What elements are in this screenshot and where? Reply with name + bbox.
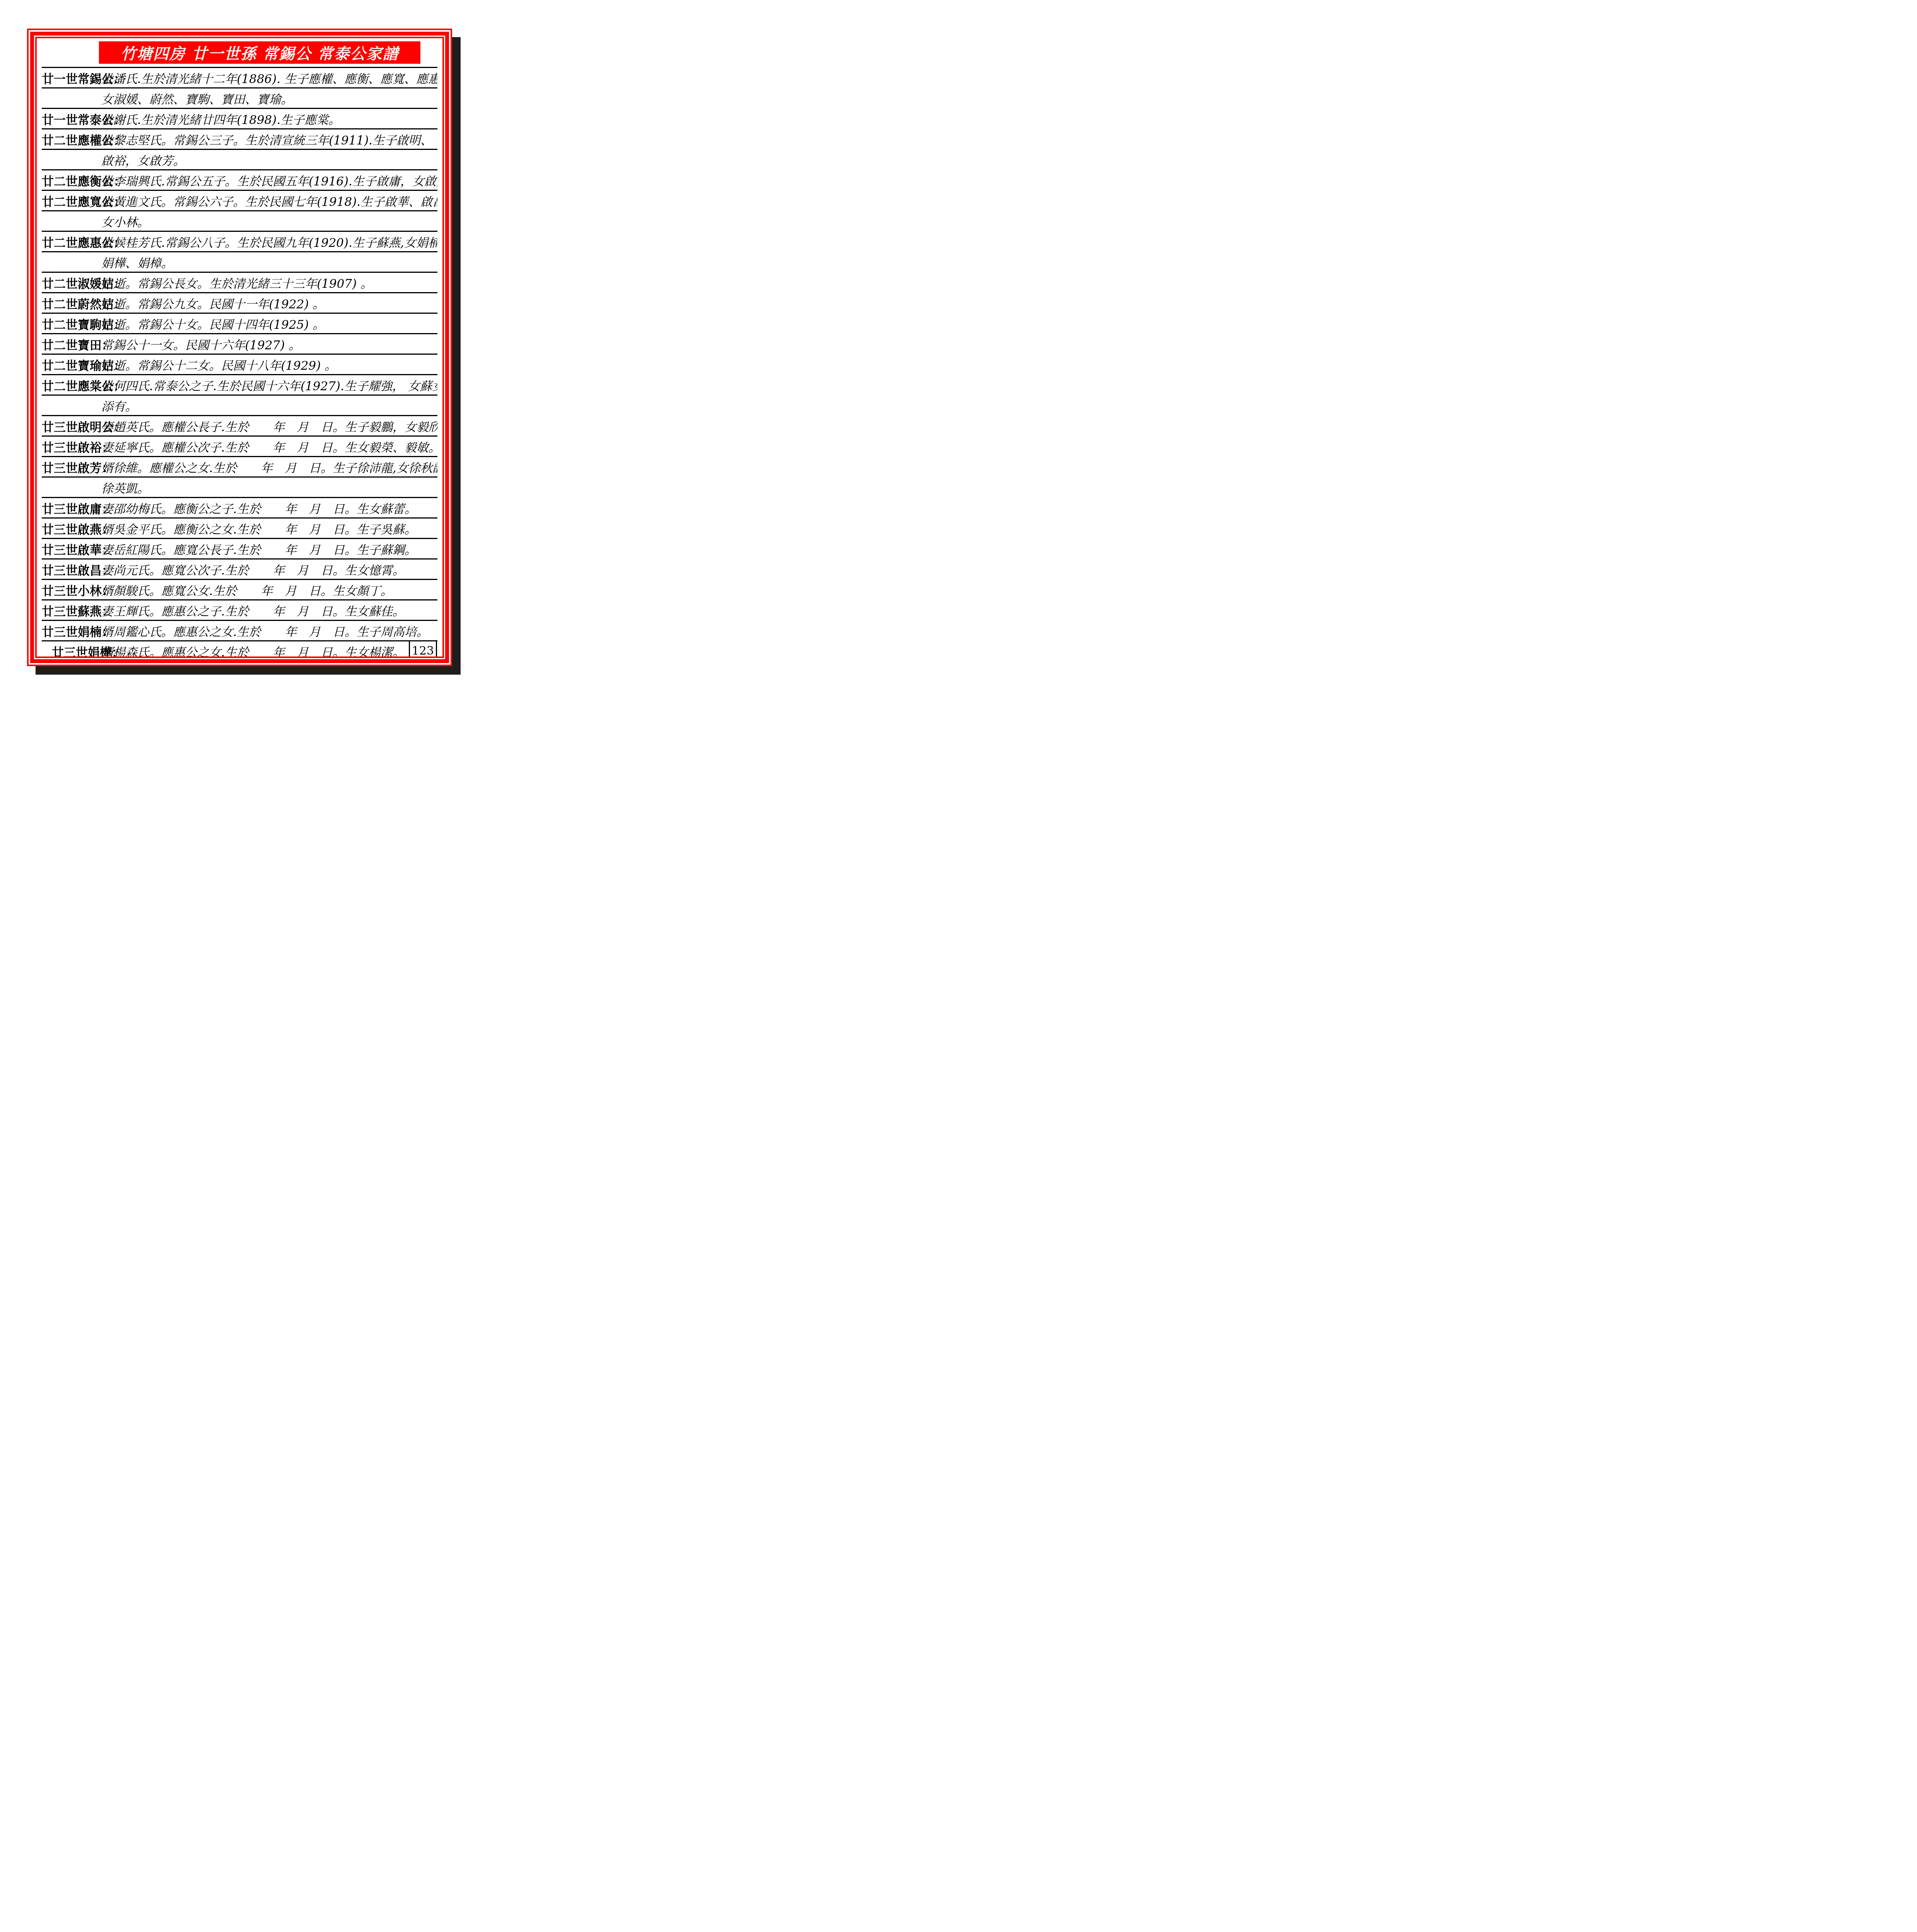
table-row: 廿三世啟華： 妻岳紅陽氏。應寬公長子.生於 年 月 日。生子蘇鋼。: [42, 539, 437, 560]
record-text: 婿吳金平氏。應衡公之女.生於 年 月 日。生子吳蘇。: [101, 520, 437, 537]
generation-label: 廿三世娟楠：: [42, 622, 101, 639]
generation-label: 廿二世蔚然姑：: [42, 294, 101, 312]
record-text: 常錫公十一女。民國十六年(1927) 。: [101, 335, 437, 353]
table-row: 廿二世寶瑜姑： 已逝。常錫公十二女。民國十八年(1929) 。: [42, 355, 437, 375]
table-row: 廿二世蔚然姑： 已逝。常錫公九女。民國十一年(1922) 。: [42, 293, 437, 314]
generation-label: 廿二世應惠公：: [42, 233, 101, 250]
record-text: 妻延寧氏。應權公次子.生於 年 月 日。生女毅榮、毅敏。: [101, 438, 437, 455]
record-text: 已逝。常錫公長女。生於清光緒三十三年(1907) 。: [101, 274, 437, 291]
table-row: 廿三世娟樺： 婿楊森氏。應惠公之女.生於 年 月 日。生女楊潔。 123: [42, 641, 437, 658]
table-row: 廿三世啟裕： 妻延寧氏。應權公次子.生於 年 月 日。生女毅榮、毅敏。: [42, 437, 437, 457]
record-text: 添有。: [101, 397, 437, 414]
generation-label: 廿二世寶田：: [42, 335, 101, 353]
record-text: 婿周鑑心氏。應惠公之女.生於 年 月 日。生子周高培。: [101, 622, 437, 639]
table-row: 廿三世啟明公： 妻趙英氏。應權公長子.生於 年 月 日。生子毅鵬，女毅欣。: [42, 416, 437, 437]
table-row: 廿二世應寬公： 妣黃進文氏。常錫公六子。生於民國七年(1918).生子啟華、啟昌…: [42, 191, 437, 211]
record-text: 婿顏駿氏。應寬公女.生於 年 月 日。生女顏丁。: [101, 581, 437, 599]
genealogy-table: 廿一世常錫公： 妣潘氏.生於清光緒十二年(1886). 生子應權、應衡、應寬、應…: [42, 67, 437, 658]
generation-label: 廿一世常錫公：: [42, 69, 101, 87]
generation-label: 廿二世應寬公：: [42, 192, 101, 209]
generation-label: 廿二世寶駒姑：: [42, 315, 101, 332]
record-text: 啟裕，女啟芳。: [101, 151, 437, 168]
table-row: 廿三世蘇燕： 妻王輝氏。應惠公之子.生於 年 月 日。生女蘇佳。: [42, 600, 437, 621]
record-text: 妣黎志堅氏。常錫公三子。生於清宣統三年(1911).生子啟明、: [101, 131, 437, 148]
table-row: 廿二世寶田： 常錫公十一女。民國十六年(1927) 。: [42, 334, 437, 355]
record-text: 已逝。常錫公九女。民國十一年(1922) 。: [101, 294, 437, 312]
record-text: 妣潘氏.生於清光緒十二年(1886). 生子應權、應衡、應寬、應惠，: [101, 69, 437, 87]
generation-label: 廿三世娟樺：: [42, 643, 101, 658]
record-text: 婿徐維。應權公之女.生於 年 月 日。生子徐沛龍,女徐秋韵: [101, 458, 437, 476]
record-text: 妣何四氏.常泰公之子.生於民國十六年(1927).生子耀強， 女蘇女、: [101, 376, 437, 394]
table-row: 徐英凱。: [42, 478, 437, 498]
record-text: 女淑媛、蔚然、寶駒、寶田、寶瑜。: [101, 90, 437, 107]
inner-border-frame: 竹塘四房 廿一世孫 常錫公 常泰公家譜 廿一世常錫公： 妣潘氏.生於清光緒十二年…: [35, 37, 444, 658]
record-text: 妻岳紅陽氏。應寬公長子.生於 年 月 日。生子蘇鋼。: [101, 540, 437, 558]
record-text: 已逝。常錫公十女。民國十四年(1925) 。: [101, 315, 437, 332]
table-row: 啟裕，女啟芳。: [42, 150, 437, 170]
generation-label: 廿三世蘇燕：: [42, 602, 101, 619]
generation-label: 廿三世啟明公：: [42, 417, 101, 435]
table-row: 廿三世啟庸： 妻邵幼梅氏。應衡公之子.生於 年 月 日。生女蘇蕾。: [42, 498, 437, 519]
generation-label: 廿三世啟庸：: [42, 499, 101, 517]
table-row: 廿二世應惠公： 妣候桂芳氏.常錫公八子。生於民國九年(1920).生子蘇燕,女娟…: [42, 232, 437, 252]
generation-label: 廿二世寶瑜姑：: [42, 356, 101, 373]
table-row: 廿二世應衡公： 妣李瑞興氏.常錫公五子。生於民國五年(1916).生子啟庸，女啟…: [42, 170, 437, 191]
generation-label: 廿二世應權公：: [42, 131, 101, 148]
record-text: 妣謝氏.生於清光緒廿四年(1898).生子應棠。: [101, 110, 437, 128]
generation-label: 廿三世啟燕：: [42, 520, 101, 537]
table-row: 添有。: [42, 396, 437, 416]
generation-label: 廿三世啟華：: [42, 540, 101, 558]
record-text: 妻尚元氏。應寬公次子.生於 年 月 日。生女憶霄。: [101, 561, 437, 578]
record-text: 婿楊森氏。應惠公之女.生於 年 月 日。生女楊潔。: [101, 643, 407, 658]
generation-label: 廿三世啟昌：: [42, 561, 101, 578]
table-row: 廿三世小林： 婿顏駿氏。應寬公女.生於 年 月 日。生女顏丁。: [42, 580, 437, 600]
generation-label: 廿三世啟芳：: [42, 458, 101, 476]
record-text: 妻邵幼梅氏。應衡公之子.生於 年 月 日。生女蘇蕾。: [101, 499, 437, 517]
table-row: 廿一世常泰公： 妣謝氏.生於清光緒廿四年(1898).生子應棠。: [42, 109, 437, 129]
table-row: 廿三世啟燕： 婿吳金平氏。應衡公之女.生於 年 月 日。生子吳蘇。: [42, 519, 437, 539]
page-title: 竹塘四房 廿一世孫 常錫公 常泰公家譜: [99, 41, 420, 64]
record-text: 女小林。: [101, 213, 437, 230]
table-row: 廿三世啟昌： 妻尚元氏。應寬公次子.生於 年 月 日。生女憶霄。: [42, 560, 437, 580]
page-number: 123: [409, 641, 437, 658]
table-row: 廿一世常錫公： 妣潘氏.生於清光緒十二年(1886). 生子應權、應衡、應寬、應…: [42, 68, 437, 88]
table-row: 廿二世應權公： 妣黎志堅氏。常錫公三子。生於清宣統三年(1911).生子啟明、: [42, 129, 437, 150]
table-row: 廿二世淑媛姑： 已逝。常錫公長女。生於清光緒三十三年(1907) 。: [42, 273, 437, 293]
table-row: 娟樺、娟樟。: [42, 252, 437, 273]
document-page: 竹塘四房 廿一世孫 常錫公 常泰公家譜 廿一世常錫公： 妣潘氏.生於清光緒十二年…: [27, 29, 452, 666]
table-row: 女淑媛、蔚然、寶駒、寶田、寶瑜。: [42, 88, 437, 109]
record-text: 已逝。常錫公十二女。民國十八年(1929) 。: [101, 356, 437, 373]
generation-label: 廿一世常泰公：: [42, 110, 101, 128]
table-row: 廿二世應棠公： 妣何四氏.常泰公之子.生於民國十六年(1927).生子耀強， 女…: [42, 375, 437, 396]
record-text: 妻趙英氏。應權公長子.生於 年 月 日。生子毅鵬，女毅欣。: [101, 417, 437, 435]
record-text: 妻王輝氏。應惠公之子.生於 年 月 日。生女蘇佳。: [101, 602, 437, 619]
generation-label: 廿三世小林：: [42, 581, 101, 599]
record-text: 妣李瑞興氏.常錫公五子。生於民國五年(1916).生子啟庸，女啟燕: [101, 172, 437, 189]
record-text: 妣候桂芳氏.常錫公八子。生於民國九年(1920).生子蘇燕,女娟楠、: [101, 233, 437, 250]
table-row: 廿三世娟楠： 婿周鑑心氏。應惠公之女.生於 年 月 日。生子周高培。: [42, 621, 437, 641]
table-row: 女小林。: [42, 211, 437, 232]
generation-label: 廿二世淑媛姑：: [42, 274, 101, 291]
record-text: 妣黃進文氏。常錫公六子。生於民國七年(1918).生子啟華、啟昌，: [101, 192, 437, 209]
generation-label: 廿三世啟裕：: [42, 438, 101, 455]
record-text: 徐英凱。: [101, 479, 437, 496]
record-text: 娟樺、娟樟。: [101, 253, 437, 271]
generation-label: 廿二世應棠公：: [42, 376, 101, 394]
table-row: 廿三世啟芳： 婿徐維。應權公之女.生於 年 月 日。生子徐沛龍,女徐秋韵: [42, 457, 437, 478]
generation-label: 廿二世應衡公：: [42, 172, 101, 189]
table-row: 廿二世寶駒姑： 已逝。常錫公十女。民國十四年(1925) 。: [42, 314, 437, 334]
